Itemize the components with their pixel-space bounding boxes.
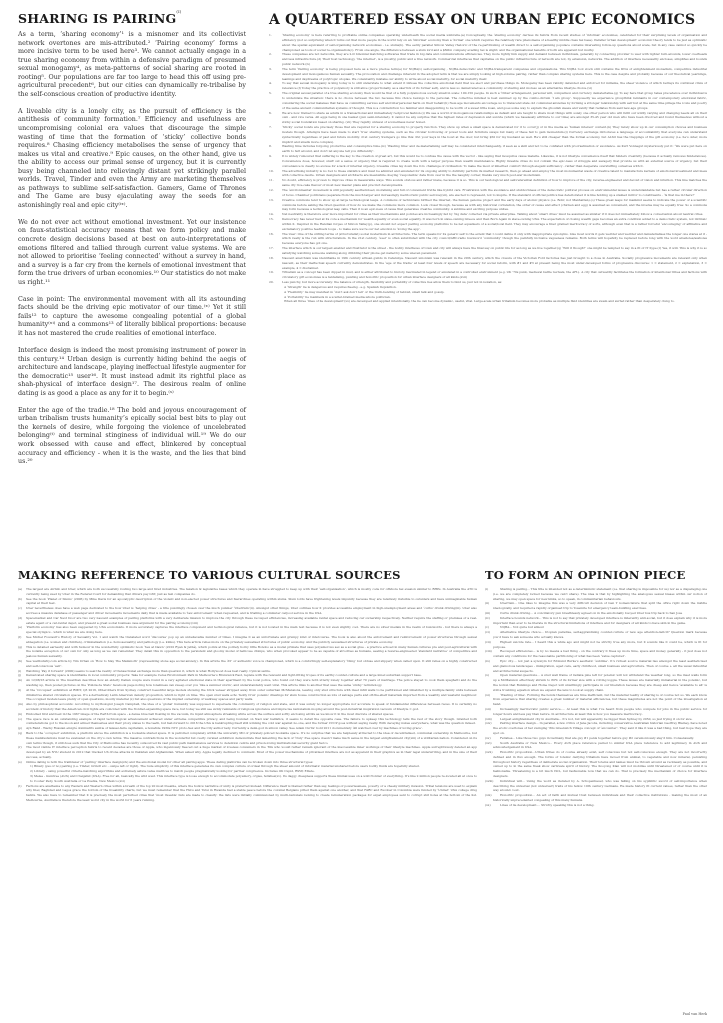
reference-text: Uber nevertheless does have a web page d…: [26, 606, 477, 615]
essay-paragraph: We do not ever act without emotional inv…: [18, 219, 246, 287]
note-item: 18.Nascent anarchism was identifiable in…: [279, 256, 707, 271]
note-number: 6.: [269, 111, 278, 116]
opinion-marker: (ix): [485, 659, 493, 664]
note-item: 9.It is widely rumoured that suffering i…: [279, 154, 707, 169]
reference-item: (m)Also by philosophical accounts: Accor…: [18, 702, 477, 712]
opinion-item: (xviii)Individual will... Using the word…: [485, 779, 707, 793]
note-item: 15.Democracy has never had at its core a…: [279, 217, 707, 232]
opinion-marker: (x): [485, 673, 493, 678]
references-title: MAKING REFERENCE TO VARIOUS CULTURAL SOU…: [18, 569, 477, 582]
note-item: 13.Creative commons tend to show up at l…: [279, 198, 707, 213]
note-item: 2.These companies are not networks, they…: [279, 52, 707, 67]
note-number: 20.: [269, 280, 278, 285]
note-item: 5.The original sexual parallel of a true…: [279, 91, 707, 110]
opinion-title: TO FORM AN OPINION PIECE: [485, 569, 707, 582]
reference-text: This is detailed earnestly and with humo…: [26, 645, 477, 659]
note-number: 8.: [269, 144, 278, 149]
reference-text: The largest are Airbnb and Uber, which a…: [26, 587, 477, 596]
opinion-text: Sharing is pairing... This title is inte…: [493, 587, 707, 601]
reference-text: See the book ‘Planet of Slums’ (2006) by…: [26, 597, 477, 606]
sharing-is-pairing-column: SHARING IS PAIRING(i) As a term, ‘sharin…: [18, 12, 246, 475]
note-item: 12.The ‘environmental’ movement is still…: [279, 188, 707, 198]
note-item: 16.The User: One of the stifling terms o…: [279, 232, 707, 247]
note-item: 20.Less punchy, but more accurately: the…: [279, 280, 707, 304]
reference-text: At the ‘Occupied’ exhibition at RMIT, Q3…: [26, 688, 477, 702]
reference-item: (g)This is detailed earnestly and with h…: [18, 645, 477, 659]
opinion-marker: (xii): [485, 707, 493, 712]
note-item: 4.To say that sexual monogamy is king to…: [279, 81, 707, 91]
opinion-text: Highest suicide rate... I heard this a w…: [493, 640, 707, 650]
reference-marker: (h): [18, 659, 26, 664]
note-text: Nascent anarchism was identifiable in 19…: [282, 256, 707, 270]
note-text: Democracy has never had at its core a me…: [282, 217, 707, 231]
note-text: The original sexual parallel of a true s…: [282, 91, 707, 110]
reference-marker: (a): [18, 587, 26, 592]
reference-text: Ayn Rand - Wacky Russian emigré dominatr…: [26, 726, 423, 730]
opinion-notes-list: (i)Sharing is pairing... This title is i…: [485, 587, 707, 808]
numbered-notes-list: 1.‘Sharing economy’ is here referring to…: [269, 33, 707, 304]
note-text: We are now trained to share as adults in…: [282, 111, 707, 125]
opinion-item: (ii)Uberrism... One likes to imagine thi…: [485, 601, 707, 611]
opinion-marker: (viii): [485, 649, 493, 654]
essay-paragraph: A liveable city is a lonely city, as the…: [18, 108, 246, 211]
opinion-text: Open material questions... A stud wall f…: [493, 673, 707, 692]
opinion-item: (vi)Alternative lifestyle choice... Utop…: [485, 630, 707, 640]
opinion-marker: (xiv): [485, 721, 493, 726]
reference-text: See waitbutwhy.com article by Tim Urban …: [26, 659, 477, 668]
note-number: 18.: [269, 256, 278, 261]
note-text: It is widely rumoured that suffering is …: [282, 154, 707, 168]
reference-subitem: 3) Melee - Gumtree (AUS) and Craigslist …: [26, 774, 477, 784]
note-number: 12.: [269, 188, 278, 193]
opinion-text: Uberrism... One likes to imagine this wa…: [493, 601, 707, 611]
opinion-item: (iv)Interface bounds network... This is …: [485, 616, 707, 626]
opinion-marker: (xvii): [485, 750, 493, 755]
opinion-text: Alternative lifestyle choice... Utopian …: [493, 630, 707, 640]
reference-text: The space race is an outstanding example…: [26, 717, 477, 726]
note-item: 3.The term ‘Pairing economy’ is being pr…: [279, 67, 707, 82]
opinion-marker: (xvi): [485, 741, 493, 746]
reference-text: Watching ‘Pay it forward’ (2000) seems t…: [26, 669, 271, 673]
reference-item: (l)At the ‘Occupied’ exhibition at RMIT,…: [18, 688, 477, 702]
note-text: The interface which is our largest enabl…: [282, 246, 707, 255]
reference-marker: (s): [18, 760, 26, 765]
note-item: 7.‘Sticky’ social bonds are precisely th…: [279, 125, 707, 144]
reference-text: See Michel Foucault’s History of Sexuali…: [26, 635, 477, 644]
opinion-text: Recouped efficiencies... is by no means …: [493, 649, 707, 659]
reference-marker: (r): [18, 745, 26, 750]
note-text: The advertising industry is no fool to t…: [282, 169, 707, 178]
opinion-marker: (xviii): [485, 779, 493, 784]
opinion-text: Lines of lie development.... Strictly sp…: [493, 803, 707, 808]
reference-text: Also by philosophical accounts: Accordin…: [26, 702, 477, 711]
note-number: 13.: [269, 198, 278, 203]
opinion-item: (viii)Recouped efficiencies... is by no …: [485, 649, 707, 659]
reference-text: An 12/08/16 article in The Guardian desc…: [26, 678, 477, 687]
opinion-marker: (i): [485, 587, 493, 592]
reference-marker: (b): [18, 597, 26, 602]
note-text: No doubt, efficiency is proven to improv…: [282, 178, 707, 187]
reference-text: Spacemarket and Car Next Door are two ve…: [26, 616, 477, 625]
opinion-item: (xi)‘Wasting of time’. Forming the bonds…: [485, 693, 707, 707]
reference-item: (k)An 12/08/16 article in The Guardian d…: [18, 678, 477, 688]
note-number: 3.: [269, 67, 278, 72]
references-list: (a)The largest are Airbnb and Uber, whic…: [18, 587, 477, 803]
note-number: 19.: [269, 270, 278, 275]
note-text: ‘Sharing economy’ is here referring to p…: [282, 33, 707, 52]
opinion-text: ‘Wasting of time’. Forming the bonds the…: [493, 693, 707, 707]
note-number: 17.: [269, 246, 278, 251]
opinion-marker: (ii): [485, 601, 493, 606]
opinion-piece-section: TO FORM AN OPINION PIECE (i)Sharing is p…: [485, 569, 707, 808]
opinion-item: (vii)Highest suicide rate... I heard thi…: [485, 640, 707, 650]
note-number: 4.: [269, 81, 278, 86]
reference-marker: (c): [18, 606, 26, 611]
reference-item: (b)See the book ‘Planet of Slums’ (2006)…: [18, 597, 477, 607]
reference-text: Back to the ‘occupied’ exhibition, a pla…: [26, 731, 477, 745]
opinion-text: South Australia or New Mexico... Every A…: [493, 741, 707, 751]
note-item: 1.‘Sharing economy’ is here referring to…: [279, 33, 707, 52]
essay-paragraph: Interface design is indeed the most prom…: [18, 347, 246, 398]
note-number: 5.: [269, 91, 278, 96]
reference-marker: (t): [18, 784, 26, 789]
note-item: 8.Wasting time includes forgoing product…: [279, 144, 707, 154]
reference-text: Embodied first and best in the 1967 imag…: [26, 712, 394, 716]
reference-item: (s)Online dating is both the trailblazer…: [18, 760, 477, 784]
note-text: Less punchy, but more accurately: the ba…: [282, 280, 502, 284]
opinion-marker: (xx): [485, 803, 493, 808]
reference-text: Demarcated sharing space is identifiable…: [26, 673, 422, 677]
cultural-sources-section: MAKING REFERENCE TO VARIOUS CULTURAL SOU…: [18, 569, 477, 803]
opinion-item: (x)Open material questions... A stud wal…: [485, 673, 707, 692]
opinion-text: Honorific proposition... An act of faith…: [493, 793, 707, 803]
note-text: Tribalism as a concept has been dipped i…: [282, 270, 707, 279]
note-text: To say that sexual monogamy is king toda…: [282, 81, 707, 90]
note-text: The ‘environmental’ movement is still po…: [282, 188, 707, 197]
opinion-marker: (vii): [485, 640, 493, 645]
opinion-item: (xvi)South Australia or New Mexico... Ev…: [485, 741, 707, 751]
note-number: 11.: [269, 178, 278, 183]
opinion-text: Pairing interface design... In parallel,…: [493, 721, 707, 735]
reference-item: (h)See waitbutwhy.com article by Tim Urb…: [18, 659, 477, 669]
reference-item: (r)The most visible IT interface percept…: [18, 745, 477, 759]
note-text: ‘Sticky’ social bonds are precisely thos…: [282, 125, 707, 144]
reference-item: (f)See Michel Foucault’s History of Sexu…: [18, 635, 477, 645]
opinion-item: (xvii)Honorific proposition...Urban trib…: [485, 750, 707, 779]
note-subitem: When all three ‘lines of lie development…: [282, 299, 707, 304]
opinion-marker: (xi): [485, 693, 493, 698]
note-item: 6.We are now trained to share as adults …: [279, 111, 707, 126]
note-item: 17.The interface which is our largest en…: [279, 246, 707, 256]
opinion-text: Increasingly meritocratic public service…: [493, 707, 707, 717]
note-text: Creative commons tend to show up at larg…: [282, 198, 707, 212]
note-item: 11.No doubt, efficiency is proven to imp…: [279, 178, 707, 188]
note-number: 1.: [269, 33, 278, 38]
reference-item: (q)Back to the ‘occupied’ exhibition, a …: [18, 731, 477, 745]
reference-item: (a)The largest are Airbnb and Uber, whic…: [18, 587, 477, 597]
opinion-item: (xx)Lines of lie development.... Strictl…: [485, 803, 707, 808]
opinion-text: Interface bounds network... This is not …: [493, 616, 707, 626]
reference-marker: (k): [18, 678, 26, 683]
reference-text: Online dating is both the trailblazer of…: [26, 760, 313, 764]
opinion-marker: (vi): [485, 630, 493, 635]
note-number: 10.: [269, 169, 278, 174]
opinion-marker: (xix): [485, 793, 493, 798]
essay-title: A QUARTERED ESSAY ON URBAN EPIC ECONOMIC…: [269, 12, 707, 28]
note-number: 9.: [269, 154, 278, 159]
note-text: Net neutrality is therefore ever more im…: [282, 212, 703, 216]
essay-paragraph: Enter the age of the tradie.¹⁸ The bold …: [18, 407, 246, 467]
opinion-marker: (iv): [485, 616, 493, 621]
reference-marker: (q): [18, 731, 26, 736]
reference-marker: (e): [18, 625, 26, 630]
reference-text: Factions are anathema to any Eastern and…: [26, 784, 477, 802]
reference-marker: (d): [18, 616, 26, 621]
opinion-item: (ix)Epic city.... not just a synonym for…: [485, 659, 707, 673]
opinion-text: Honorific proposition...Urban tribes do …: [493, 750, 707, 779]
note-number: 16.: [269, 232, 278, 237]
note-text: These companies are not networks, they a…: [282, 52, 707, 66]
opinion-item: (xii)Increasingly meritocratic public se…: [485, 707, 707, 717]
reference-marker: (m): [18, 702, 26, 707]
reference-item: (e)‘Platform economy’ has also been sugg…: [18, 625, 477, 635]
reference-item: (t)Factions are anathema to any Eastern …: [18, 784, 477, 803]
reference-marker: (l): [18, 688, 26, 693]
reference-marker: (o): [18, 717, 26, 722]
reference-marker: (f): [18, 635, 26, 640]
note-number: 15.: [269, 217, 278, 222]
quartered-essay-column: A QUARTERED ESSAY ON URBAN EPIC ECONOMIC…: [269, 12, 707, 304]
note-number: 7.: [269, 125, 278, 130]
opinion-text: Epic city.... not just a synonym for Edm…: [493, 659, 707, 673]
reference-item: (o)The space race is an outstanding exam…: [18, 717, 477, 727]
author-signature: Paul van Herk: [683, 1012, 707, 1016]
opinion-text: Individual will... Using the word as ite…: [493, 779, 707, 793]
essay-paragraph: Case in point: The environmental movemen…: [18, 296, 246, 339]
opinion-item: (xiv)Pairing interface design... In para…: [485, 721, 707, 735]
opinion-item: (xix)Honorific proposition... An act of …: [485, 793, 707, 803]
opinion-item: (i)Sharing is pairing... This title is i…: [485, 587, 707, 601]
main-title: SHARING IS PAIRING(i): [18, 12, 246, 26]
reference-text: ‘Platform economy’ has also been suggest…: [26, 625, 477, 634]
reference-item: (c)Uber nevertheless does have a web pag…: [18, 606, 477, 616]
reference-text: The most visible IT interface perception…: [26, 745, 477, 759]
note-item: 10.The advertising industry is no fool t…: [279, 169, 707, 179]
note-text: The term ‘Pairing economy’ is being prop…: [282, 67, 707, 81]
note-number: 2.: [269, 52, 278, 57]
note-item: 19.Tribalism as a concept has been dippe…: [279, 270, 707, 280]
essay-paragraph: As a term, ‘sharing economy’¹ is a misno…: [18, 31, 246, 99]
reference-item: (d)Spacemarket and Car Next Door are two…: [18, 616, 477, 626]
note-text: Wasting time includes forgoing productiv…: [282, 144, 707, 153]
note-text: The User: One of the stifling terms of (…: [282, 232, 707, 246]
reference-marker: (g): [18, 645, 26, 650]
